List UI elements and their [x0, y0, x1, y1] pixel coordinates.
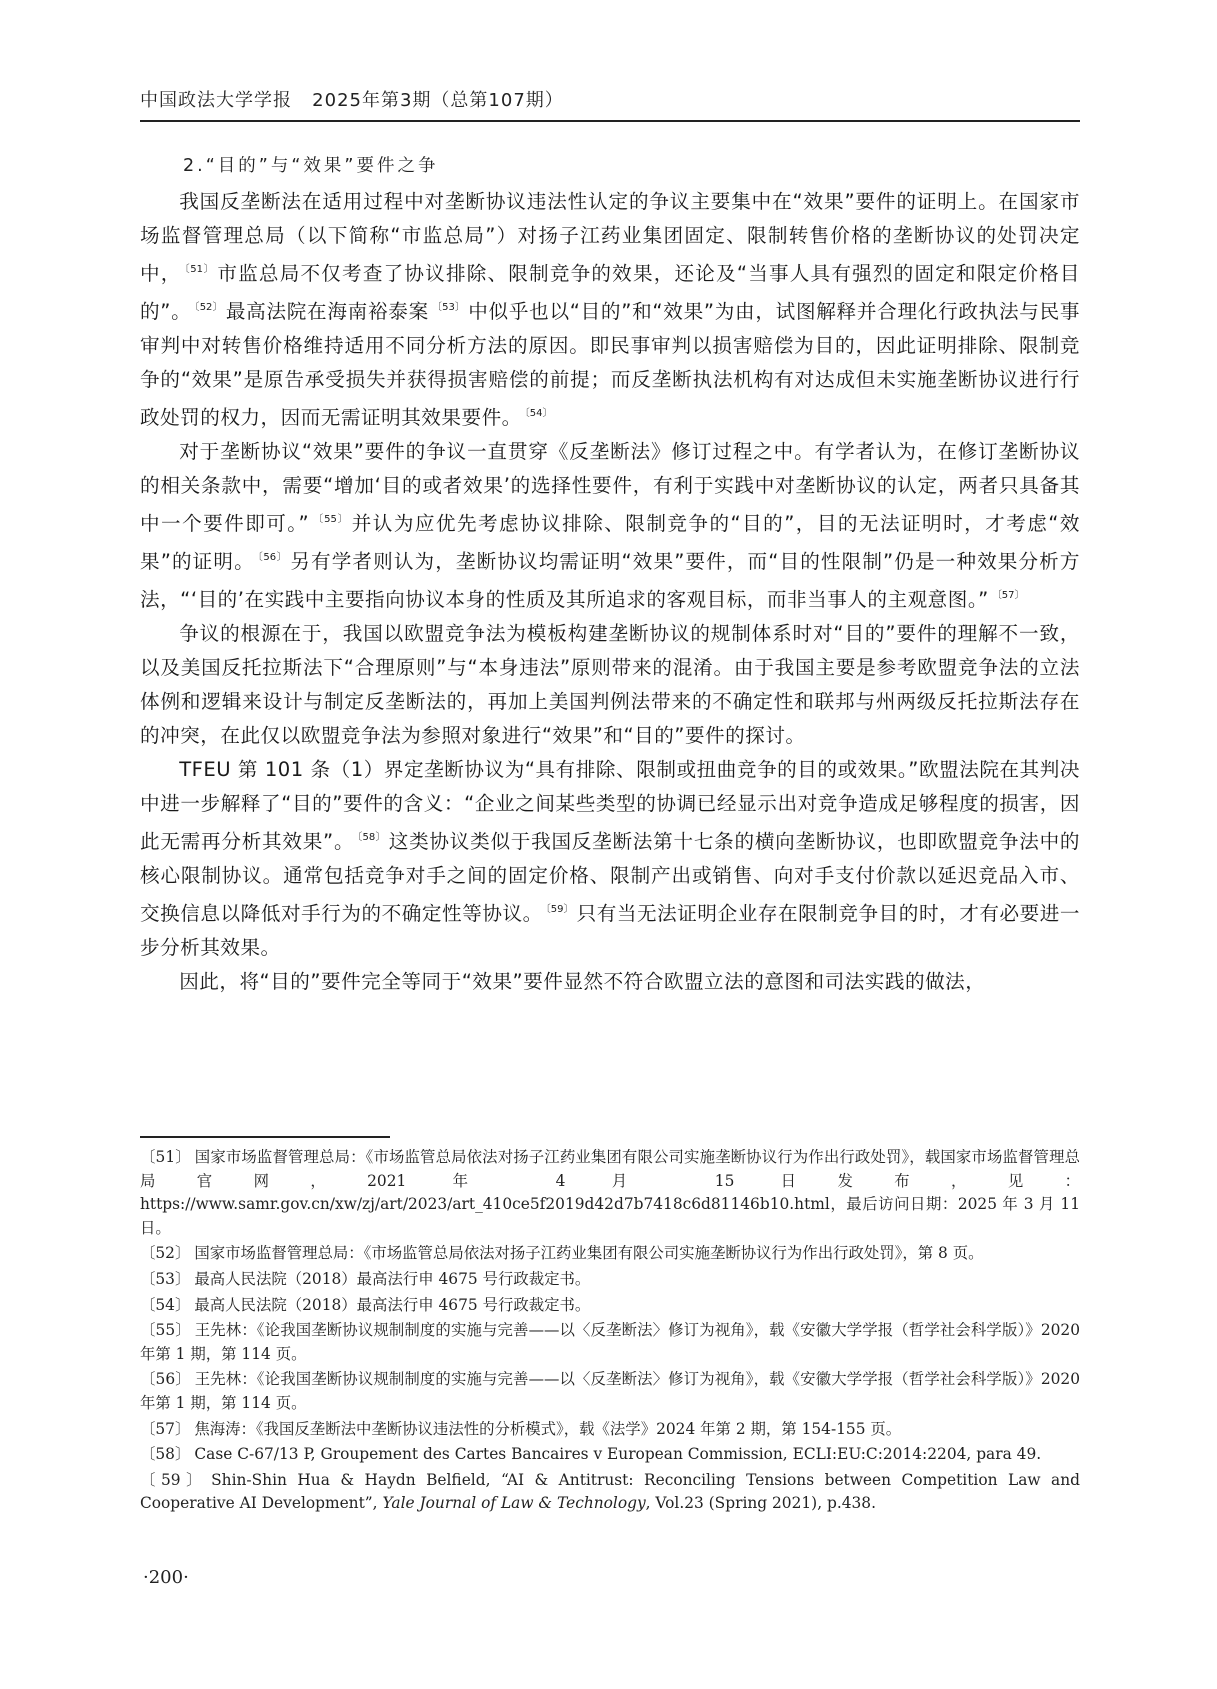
footnote-number: 〔57〕 — [140, 1420, 190, 1438]
footnote: 〔51〕国家市场监督管理总局：《市场监管总局依法对扬子江药业集团有限公司实施垄断… — [140, 1146, 1080, 1240]
footnote-ref[interactable]: 〔55〕 — [312, 514, 349, 525]
footnote-text: 王先林：《论我国垄断协议规制制度的实施与完善——以〈反垄断法〉修订为视角》，载《… — [140, 1370, 1080, 1412]
paragraph: 我国反垄断法在适用过程中对垄断协议违法性认定的争议主要集中在“效果”要件的证明上… — [140, 185, 1080, 435]
footnote-number: 〔54〕 — [140, 1296, 190, 1314]
footnote-text: Case C-67/13 P, Groupement des Cartes Ba… — [194, 1445, 1041, 1463]
section-title: 2.“目的”与“效果”要件之争 — [183, 152, 438, 177]
footnote-number: 〔58〕 — [140, 1445, 190, 1463]
footnotes: 〔51〕国家市场监督管理总局：《市场监管总局依法对扬子江药业集团有限公司实施垄断… — [140, 1146, 1080, 1518]
paragraph: TFEU 第 101 条（1）界定垄断协议为“具有排除、限制或扭曲竞争的目的或效… — [140, 753, 1080, 965]
paragraph-text: 因此，将“目的”要件完全等同于“效果”要件显然不符合欧盟立法的意图和司法实践的做… — [179, 970, 985, 993]
footnote-text: , Vol.23 (Spring 2021), p.438. — [646, 1494, 876, 1512]
footnote-text: 国家市场监督管理总局：《市场监管总局依法对扬子江药业集团有限公司实施垄断协议行为… — [194, 1244, 983, 1262]
page-number: ·200· — [143, 1567, 189, 1588]
footnote-number: 〔52〕 — [140, 1244, 190, 1262]
footnote-ref[interactable]: 〔57〕 — [992, 590, 1025, 601]
footnote-text: 焦海涛：《我国反垄断法中垄断协议违法性的分析模式》，载《法学》2024 年第 2… — [194, 1420, 901, 1438]
header-rule — [140, 120, 1080, 122]
paragraph: 因此，将“目的”要件完全等同于“效果”要件显然不符合欧盟立法的意图和司法实践的做… — [140, 965, 1080, 999]
footnote-number: 〔53〕 — [140, 1270, 190, 1288]
footnote-number: 〔51〕 — [140, 1148, 191, 1166]
footnote: 〔55〕王先林：《论我国垄断协议规制制度的实施与完善——以〈反垄断法〉修订为视角… — [140, 1319, 1080, 1366]
footnote-ref[interactable]: 〔52〕 — [194, 302, 222, 313]
footnote-number: 〔56〕 — [140, 1370, 191, 1388]
footnote: 〔57〕焦海涛：《我国反垄断法中垄断协议违法性的分析模式》，载《法学》2024 … — [140, 1418, 1080, 1442]
footnote-text: 国家市场监督管理总局：《市场监管总局依法对扬子江药业集团有限公司实施垄断协议行为… — [140, 1148, 1080, 1237]
issue-info: 2025年第3期（总第107期） — [312, 90, 564, 111]
footnote-ref[interactable]: 〔53〕 — [432, 302, 465, 313]
journal-title: Yale Journal of Law & Technology — [382, 1494, 645, 1512]
footnote-text: 王先林：《论我国垄断协议规制制度的实施与完善——以〈反垄断法〉修订为视角》，载《… — [140, 1321, 1080, 1363]
paragraph: 对于垄断协议“效果”要件的争议一直贯穿《反垄断法》修订过程之中。有学者认为，在修… — [140, 435, 1080, 617]
footnote: 〔56〕王先林：《论我国垄断协议规制制度的实施与完善——以〈反垄断法〉修订为视角… — [140, 1368, 1080, 1415]
paragraph-text: 最高法院在海南裕泰案 — [226, 300, 429, 323]
footnote-number: 〔55〕 — [140, 1321, 191, 1339]
footnote-ref[interactable]: 〔59〕 — [546, 904, 574, 915]
footnote-ref[interactable]: 〔54〕 — [525, 408, 553, 419]
footnote: 〔53〕最高人民法院（2018）最高法行申 4675 号行政裁定书。 — [140, 1268, 1080, 1292]
footnote: 〔58〕Case C-67/13 P, Groupement des Carte… — [140, 1443, 1080, 1467]
footnote-ref[interactable]: 〔58〕 — [357, 832, 385, 843]
footnote-text: 最高人民法院（2018）最高法行申 4675 号行政裁定书。 — [194, 1296, 590, 1314]
footnote-ref[interactable]: 〔56〕 — [258, 552, 288, 563]
footnote: 〔52〕国家市场监督管理总局：《市场监管总局依法对扬子江药业集团有限公司实施垄断… — [140, 1242, 1080, 1266]
footnote-text: 最高人民法院（2018）最高法行申 4675 号行政裁定书。 — [194, 1270, 590, 1288]
paragraph-text: 争议的根源在于，我国以欧盟竞争法为模板构建垄断协议的规制体系时对“目的”要件的理… — [140, 622, 1080, 747]
footnote: 〔54〕最高人民法院（2018）最高法行申 4675 号行政裁定书。 — [140, 1294, 1080, 1318]
footnote-number: 〔59〕 — [140, 1471, 207, 1489]
paragraph: 争议的根源在于，我国以欧盟竞争法为模板构建垄断协议的规制体系时对“目的”要件的理… — [140, 617, 1080, 753]
footnote-separator — [140, 1136, 390, 1138]
running-header: 中国政法大学学报 2025年第3期（总第107期） — [140, 86, 564, 112]
journal-name: 中国政法大学学报 — [140, 90, 292, 111]
footnote-ref[interactable]: 〔51〕 — [185, 264, 215, 275]
body-text: 我国反垄断法在适用过程中对垄断协议违法性认定的争议主要集中在“效果”要件的证明上… — [140, 185, 1080, 999]
footnote: 〔59〕Shin-Shin Hua & Haydn Belfield, “AI … — [140, 1469, 1080, 1516]
